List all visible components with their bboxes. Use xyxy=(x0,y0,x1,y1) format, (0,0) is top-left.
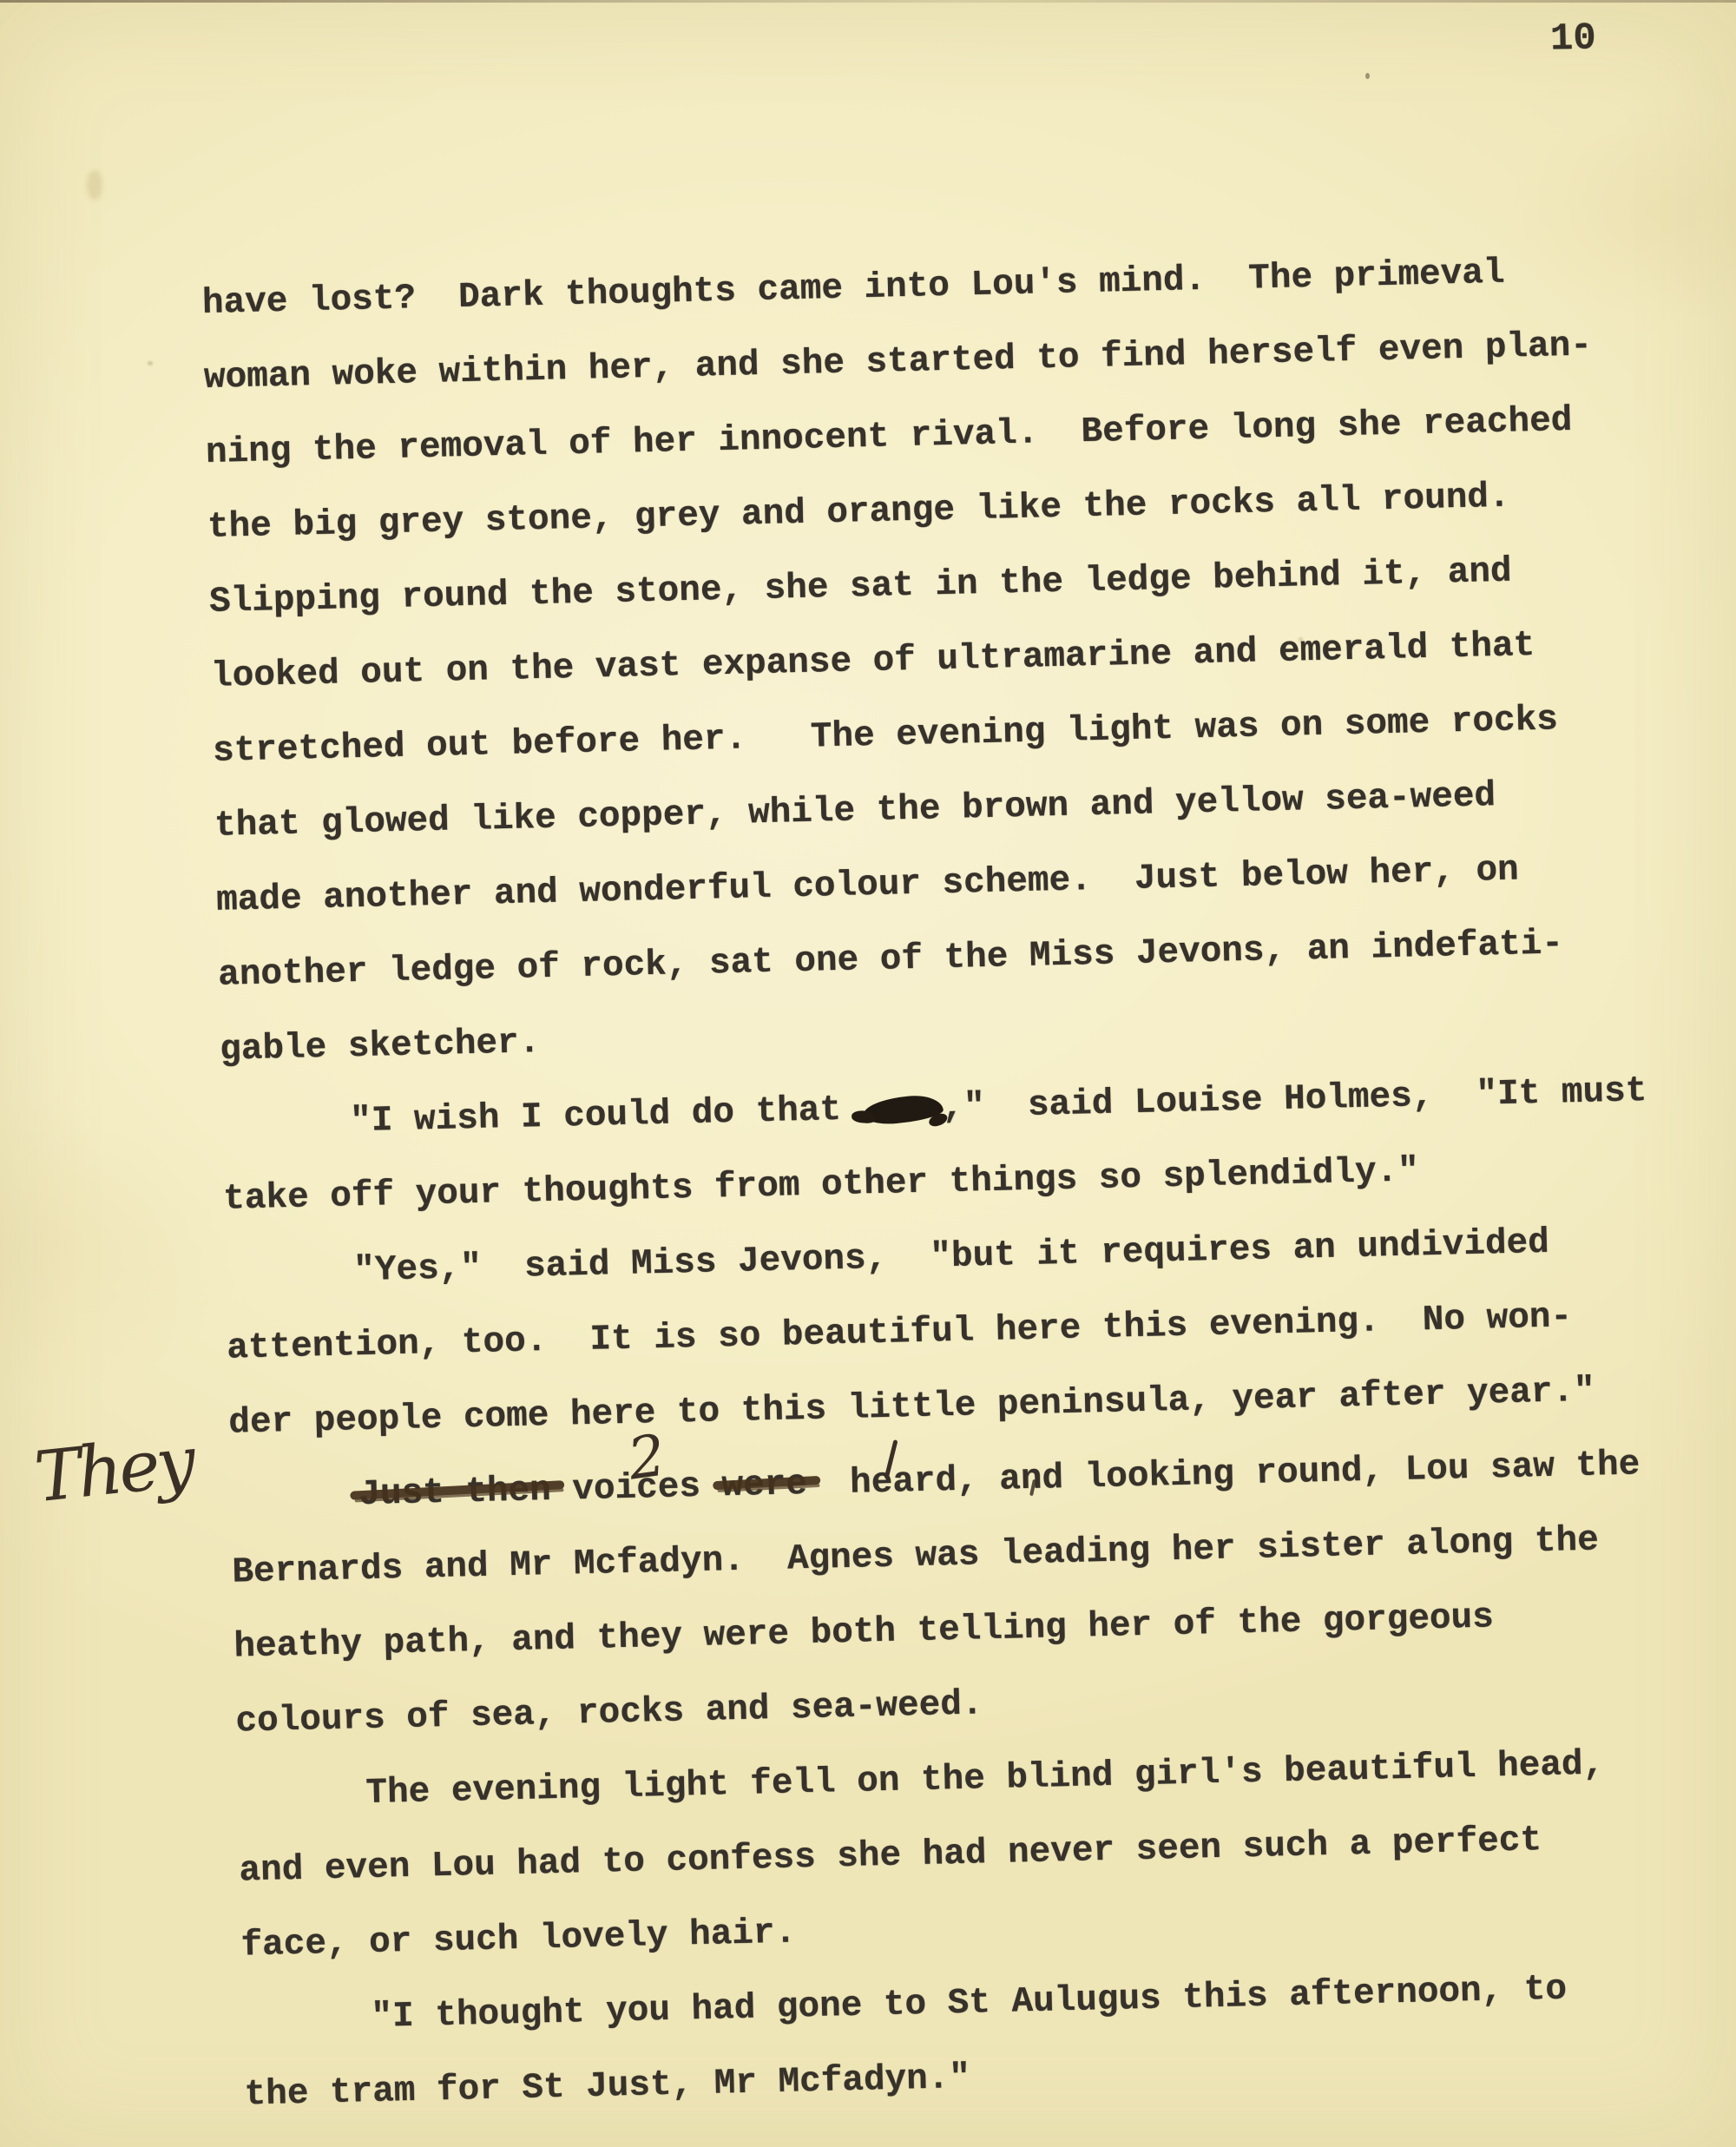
typed-text: "I wish I could do that xyxy=(350,1090,863,1142)
typed-text: the big grey stone, grey and orange like… xyxy=(207,477,1511,548)
struck-word: Just then xyxy=(358,1471,551,1515)
typed-text: face, or such lovely hair. xyxy=(240,1913,797,1966)
typed-text: take off your thoughts from other things… xyxy=(223,1151,1420,1219)
paper-speck xyxy=(1365,73,1370,79)
typed-text: The evening light fell on the blind girl… xyxy=(365,1744,1605,1814)
typed-text: the tram for St Just, Mr Mcfadyn." xyxy=(244,2058,970,2116)
paper-smudge xyxy=(87,170,102,200)
scan-edge xyxy=(0,0,1736,3)
typed-text: heard, and looking round, Lou saw the xyxy=(806,1445,1640,1505)
manuscript-page: 10 have lost? Dark thoughts came into Lo… xyxy=(0,0,1736,2147)
margin-note-they: They xyxy=(31,1421,196,1518)
page-number: 10 xyxy=(1549,16,1596,61)
paper-speck xyxy=(148,361,153,366)
typed-text: "I thought you had gone to St Aulugus th… xyxy=(371,1969,1568,2037)
ink-blot-over-word xyxy=(862,1093,944,1126)
typed-text: that glowed like copper, while the brown… xyxy=(214,776,1496,846)
typed-text: attention, too. It is so beautiful here … xyxy=(227,1297,1573,1369)
typed-text: looked out on the vast expanse of ultram… xyxy=(211,626,1535,697)
typed-text: and even Lou had to confess she had neve… xyxy=(239,1821,1542,1891)
typed-text: colours of sea, rocks and sea-weed. xyxy=(235,1684,983,1742)
typed-text: "Yes," said Miss Jevons, "but it require… xyxy=(353,1223,1550,1291)
typed-text: gable sketcher. xyxy=(220,1023,541,1070)
typed-text: stretched out before her. The evening li… xyxy=(213,700,1559,772)
typescript-text-block: have lost? Dark thoughts came into Lou's… xyxy=(201,231,1736,2133)
struck-word: were xyxy=(721,1465,807,1506)
typed-text: heathy path, and they were both telling … xyxy=(233,1597,1494,1667)
typed-text: another ledge of rock, sat one of the Mi… xyxy=(218,924,1564,996)
pen-tick-after-heard xyxy=(1029,1479,1038,1500)
typed-text: have lost? Dark thoughts came into Lou's… xyxy=(201,254,1505,324)
typed-text: ," said Louise Holmes, "It must xyxy=(942,1071,1647,1128)
typed-text: made another and wonderful colour scheme… xyxy=(216,850,1520,920)
typed-text: Slipping round the stone, she sat in the… xyxy=(209,552,1513,622)
reorder-mark-1: 1 xyxy=(871,1432,906,1485)
